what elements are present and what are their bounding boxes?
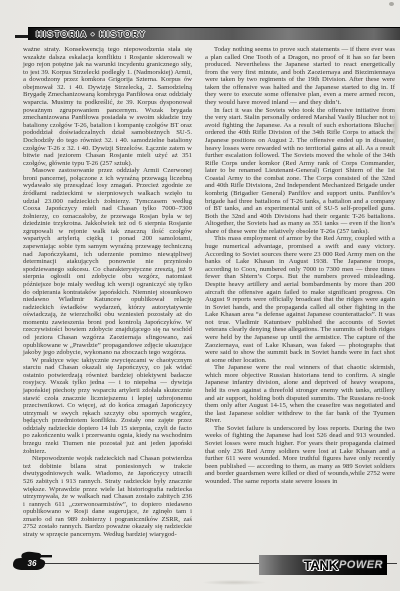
paragraph-pl-1: ważne straty. Konsekwencją tego niepowod… xyxy=(23,46,192,167)
paragraph-en-5: The Soviet failure is underscored by los… xyxy=(205,425,395,486)
magazine-page: HISTORIA • HISTORY ważne straty. Konsekw… xyxy=(0,0,400,591)
section-title: HISTORIA • HISTORY xyxy=(36,29,146,39)
paragraph-en-4: The Japanese were the real winners of th… xyxy=(205,364,395,425)
logo-text-power: POWER xyxy=(339,559,383,571)
logo-text-tank: TANK xyxy=(303,558,338,573)
paragraph-pl-4: Niepowodzenie wojsk radzieckich nad Chas… xyxy=(23,455,192,538)
scan-smudge xyxy=(203,580,265,585)
scan-smudge xyxy=(391,104,400,150)
column-english-text: Today nothing seems to prove such statem… xyxy=(205,46,395,539)
scan-speck xyxy=(389,2,394,6)
header-left-dash xyxy=(15,35,28,38)
paragraph-en-1: Today nothing seems to prove such statem… xyxy=(205,46,395,107)
paragraph-pl-2: Masowe zastosowanie przez oddziały Armii… xyxy=(23,167,192,356)
column-polish-text: ważne straty. Konsekwencją tego niepowod… xyxy=(23,46,192,539)
page-number: 36 xyxy=(23,559,41,568)
paragraph-en-3: This mass employment of armor by the Red… xyxy=(205,235,395,364)
tankpower-logo: TANKPOWER xyxy=(259,555,387,575)
tank-page-marker-icon: 36 xyxy=(8,550,52,574)
paragraph-pl-3: W praktyce więc taktycznie zwycięzcami w… xyxy=(23,357,192,456)
section-header-bar: HISTORIA • HISTORY xyxy=(28,27,400,40)
article-body: ważne straty. Konsekwencją tego niepowod… xyxy=(23,46,395,539)
paragraph-en-2: In fact it was the Soviets who took the … xyxy=(205,107,395,236)
